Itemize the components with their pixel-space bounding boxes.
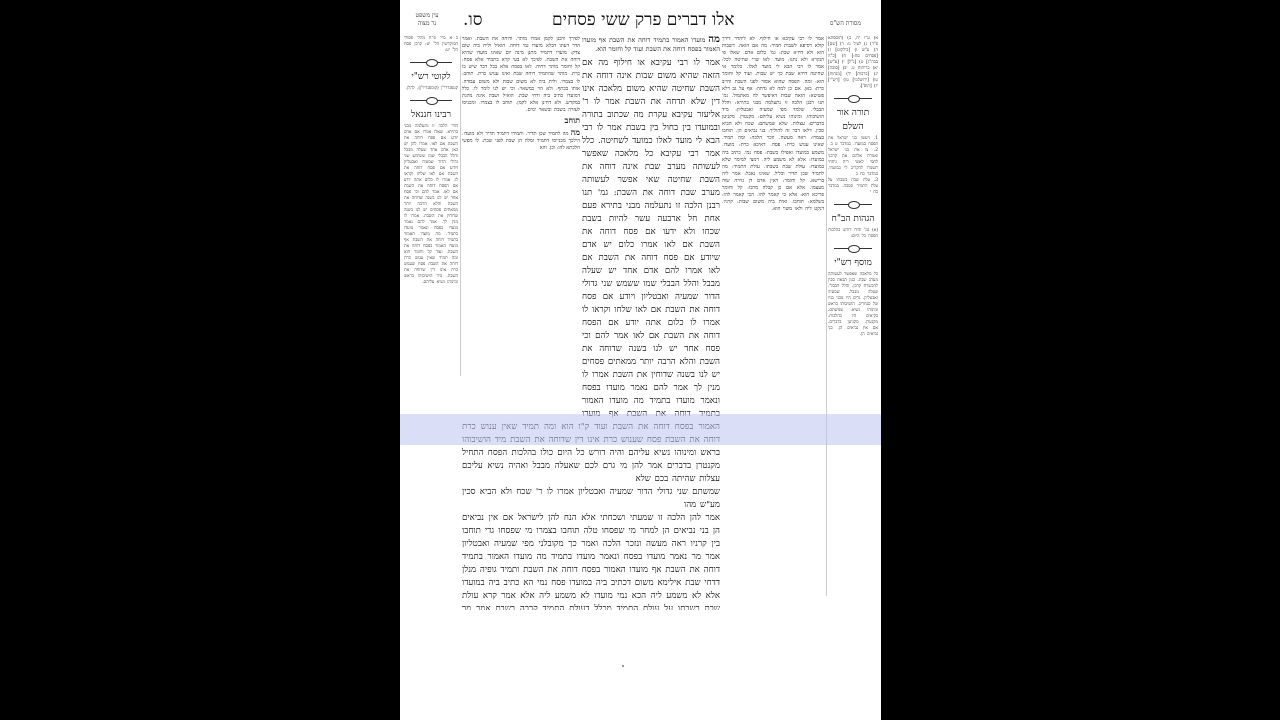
tosafot-top-text: לפירך ורבנן לקמן אמרו מותר. ודוחה את השב… <box>462 36 580 114</box>
musaf-rashi-text: כל מלאכה שאפשר לעשותה מערב שבת. כגון הבא… <box>828 272 878 338</box>
torah-or-text: 1. ויעשו בני ישראל את הפסח במועדו. במדבר… <box>828 136 878 196</box>
tosafot-column: לפירך ורבנן לקמן אמרו מותר. ודוחה את השב… <box>462 36 580 416</box>
ornament-divider <box>834 200 872 208</box>
rabbeinu-chananel-text: הדר הלכה זו נתעלמה מבני בתירא. שאלו אמרו… <box>404 124 458 286</box>
torah-or-title: תורה אור השלם <box>828 106 878 134</box>
folio-number: סו. <box>463 10 482 30</box>
left-margin-column: ב א מיי' פ"ח מהל' פסולי המוקדשין הל' יט:… <box>404 36 458 376</box>
likutei-rashi-text: קטפנדרי"ן (קומפנדיו"ן), להלן. <box>404 86 458 92</box>
ein-mishpat-note: ב א מיי' פ"ח מהל' פסולי המוקדשין הל' יט:… <box>404 36 458 54</box>
musaf-rashi-title: מוסף רש"י <box>828 256 878 270</box>
rashi-column: אמר לו רבי עקיבא או חילוף. לא ליהדר דידך… <box>722 36 824 601</box>
tosafot-tochav-block: תוחב <box>462 117 580 126</box>
page-header: מסורת הש"ס אלו דברים פרק ששי פסחים סו. ע… <box>400 8 881 32</box>
tosafot-bottom-text: מה לתמיד שכן תדיר. ותמידו דתמיד תדיר ולא… <box>462 131 580 151</box>
stray-mark <box>622 665 624 667</box>
ornament-divider <box>834 94 872 102</box>
gemara-highlighted-text: שמשתם שני גדולי הדור שמעיה ואבטליון אמרו… <box>462 486 720 512</box>
ornament-divider <box>410 96 452 104</box>
mesoret-hashas-label: מסורת הש"ס <box>830 20 861 27</box>
text-selection-highlight <box>400 414 881 445</box>
gemara-continued-text: אמר להן הלכה זו שמעתי ושכחתי אלא הנח להן… <box>462 512 720 610</box>
talmud-page: מסורת הש"ס אלו דברים פרק ששי פסחים סו. ע… <box>400 0 881 720</box>
likutei-rashi-title: לקוטי רש"י <box>404 70 458 84</box>
tosafot-mah-block: מה מה לתמיד שכן תדיר. ותמידו דתמיד תדיר … <box>462 129 580 152</box>
page-title: אלו דברים פרק ששי פסחים <box>552 10 735 30</box>
hagahot-text: (א) גמ' והיה דורש בהלכות הפסח כל היום: <box>828 228 878 240</box>
rabbeinu-chananel-title: רבינו חננאל <box>404 108 458 122</box>
mah-heading: מה <box>571 127 580 137</box>
hagahot-title: הגהות הב"ח <box>828 212 878 226</box>
mesoret-notes: א) ע"ז יח, ב) (תוספתא פ"ד) ג) לעיל נו: ד… <box>828 36 878 90</box>
ornament-divider <box>834 244 872 252</box>
mishnah-text: מועדו האמור בתמיד דוחה את השבת אף מועדו … <box>582 36 720 53</box>
column-gutter <box>460 36 461 376</box>
column-gutter <box>826 36 827 596</box>
ornament-divider <box>410 58 452 66</box>
right-margin-column: א) ע"ז יח, ב) (תוספתא פ"ד) ג) לעיל נו: ד… <box>828 36 878 596</box>
rashi-text: אמר לו רבי עקיבא או חילוף. לא ליהדר דידך… <box>722 36 824 213</box>
tochav-heading: תוחב <box>564 115 580 125</box>
ein-mishpat-label: עין משפט נר מצוה <box>410 12 444 28</box>
